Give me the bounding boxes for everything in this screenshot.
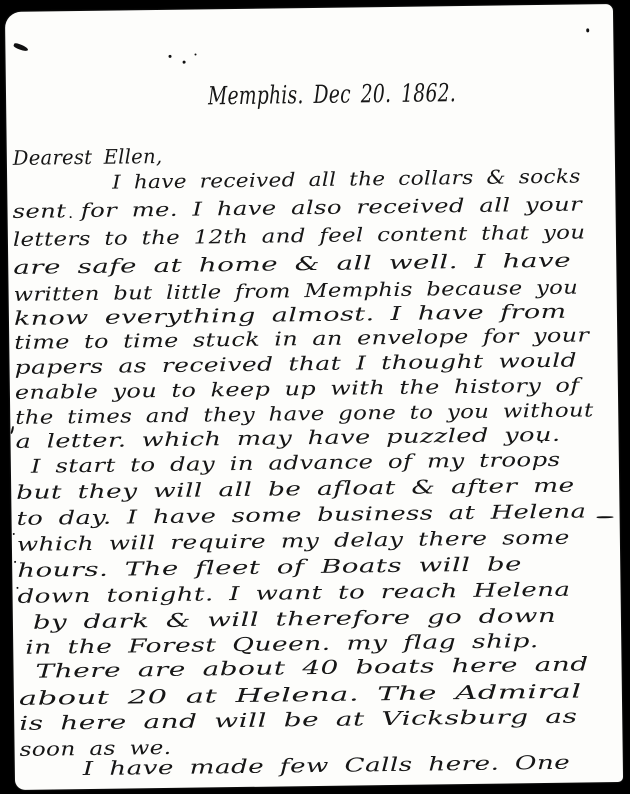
- ink-speck-11: [70, 216, 72, 218]
- ink-speck-1: [13, 42, 29, 52]
- ink-speck-2: [169, 55, 172, 58]
- scan-artifacts: [5, 4, 613, 12]
- ink-speck-10: [16, 587, 18, 589]
- handwritten-line-3: letters to the 12th and feel content tha…: [13, 220, 586, 251]
- ink-speck-9: [14, 561, 16, 563]
- scanned-letter-image: Memphis. Dec 20. 1862.Dearest Ellen,I ha…: [0, 0, 630, 794]
- ink-speck-8: [13, 533, 15, 535]
- letter-dateline: Memphis. Dec 20. 1862.: [208, 78, 456, 111]
- letter-paper: Memphis. Dec 20. 1862.Dearest Ellen,I ha…: [5, 4, 623, 790]
- ink-speck-7: [10, 426, 14, 434]
- handwritten-line-24: I have made few Calls here. One: [83, 751, 571, 781]
- ink-speck-3: [183, 61, 186, 64]
- handwritten-line-2: sent for me. I have also received all yo…: [12, 192, 582, 223]
- handwritten-line-4: are safe at home & all well. I have: [13, 249, 571, 280]
- ink-speck-5: [586, 28, 589, 32]
- handwritten-line-1: I have received all the collars & socks: [112, 164, 581, 194]
- ink-speck-12: [541, 441, 543, 443]
- letter-salutation: Dearest Ellen,: [13, 144, 163, 171]
- ink-speck-6: [597, 516, 614, 518]
- ink-speck-4: [194, 54, 196, 56]
- letter-body: [5, 4, 613, 12]
